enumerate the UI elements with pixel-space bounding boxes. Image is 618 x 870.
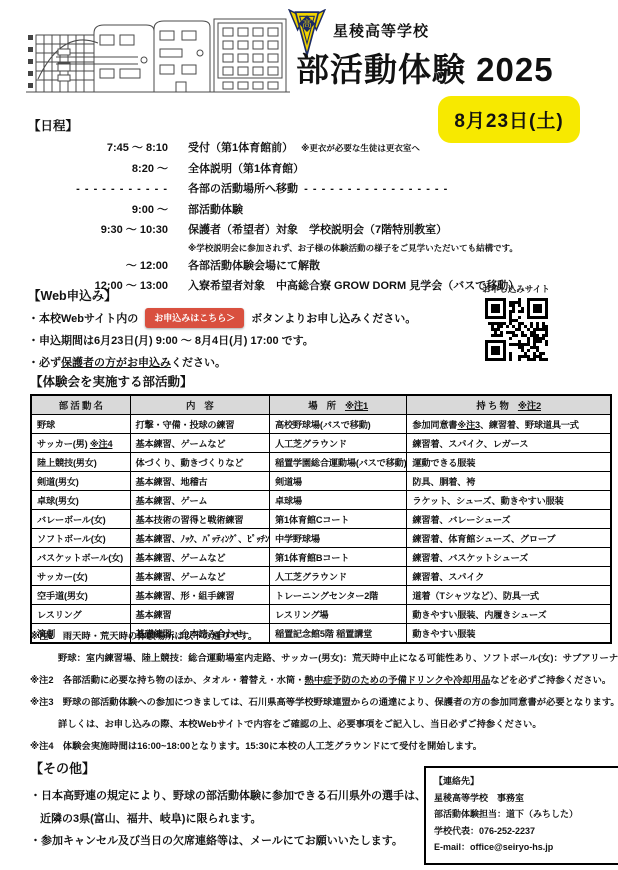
schedule-time: 9:00 ～	[28, 200, 168, 221]
other-line-3: ・参加キャンセル及び当日の欠席連絡等は、メールにてお願いいたします。	[30, 830, 430, 853]
schedule-text: 全体説明（第1体育館）	[188, 159, 304, 180]
underlined-text: 熱中症予防のための予備ドリンクや冷却用品	[305, 675, 491, 685]
club-table-section: 【体験会を実施する部活動】 部 活 動 名 内 容 場 所 ※注1 持 ち 物 …	[30, 372, 612, 644]
web-application-section: 【Web申込み】 ・本校Webサイト内のお申込みはこちら＞ボタンよりお申し込みく…	[28, 286, 488, 374]
header-items: 持 ち 物 ※注2	[407, 395, 611, 415]
notes-section: ※注1 雨天時・荒天時の体験場所は以下の通りです。 野球：室内練習場、陸上競技：…	[30, 630, 618, 762]
qr-label: お申し込みサイト	[470, 283, 562, 295]
schedule-inline-note: ※更衣が必要な生徒は更衣室へ	[301, 143, 420, 153]
schedule-row: 8:20 ～ 全体説明（第1体育館）	[28, 159, 596, 180]
other-heading: 【その他】	[30, 758, 430, 777]
contact-email: E-mail：office@seiryo-hs.jp	[434, 839, 616, 856]
contact-person: 部活動体験担当：道下（みちした）	[434, 806, 616, 823]
note-4: ※注4 体験会実施時間は16:00~18:00となります。15:30に本校の人工…	[30, 740, 618, 753]
header-content: 内 容	[130, 395, 269, 415]
schedule-subnote: ※学校説明会に参加されず、お子様の体験活動の様子をご見学いただいても結構です。	[188, 241, 596, 256]
flyer-page: 高 星稜高等学校 部活動体験 2025 8月23日(土) 【日程】 7:45 ～…	[0, 0, 618, 870]
note-1: ※注1 雨天時・荒天時の体験場所は以下の通りです。	[30, 630, 618, 643]
web-line-1: ・本校Webサイト内のお申込みはこちら＞ボタンよりお申し込みください。	[28, 308, 488, 330]
apply-here-button[interactable]: お申込みはこちら＞	[145, 308, 244, 328]
header-club-name: 部 活 動 名	[31, 395, 130, 415]
contact-box: 【連絡先】 星稜高等学校 事務室 部活動体験担当：道下（みちした） 学校代表：0…	[424, 766, 618, 865]
note-2: ※注2 各部活動に必要な持ち物のほか、タオル・着替え・水筒・熱中症予防のための予…	[30, 674, 618, 687]
table-row: サッカー(男) ※注4 基本練習、ゲームなど人工芝グラウンド練習着、スパイク、レ…	[31, 434, 611, 453]
schedule-heading: 【日程】	[28, 116, 596, 134]
schedule-text: 受付（第1体育館前）※更衣が必要な生徒は更衣室へ	[188, 138, 420, 159]
table-row: ソフトボール(女)基本練習、ﾉｯｸ、ﾊﾞｯﾃｨﾝｸﾞ、ﾋﾟｯﾁﾝｸﾞ中学野球場練…	[31, 529, 611, 548]
schedule-text: 部活動体験	[188, 200, 243, 221]
other-line-1: ・日本高野連の規定により、野球の部活動体験に参加できる石川県外の選手は、	[30, 785, 430, 808]
table-row: 陸上競技(男女)体づくり、動きづくりなど稲置学園総合運動場(バスで移動)運動でき…	[31, 453, 611, 472]
table-row: 野球打撃・守備・投球の練習高校野球場(バスで移動) 参加同意書※注3、練習着、野…	[31, 415, 611, 434]
schedule-row: ～ 12:00 各部活動体験会場にて解散	[28, 256, 596, 277]
table-row: バスケットボール(女)基本練習、ゲームなど第1体育館Bコート練習着、バスケットシ…	[31, 548, 611, 567]
club-activities-table: 部 活 動 名 内 容 場 所 ※注1 持 ち 物 ※注2 野球打撃・守備・投球…	[30, 394, 612, 644]
schedule-section: 【日程】 7:45 ～ 8:10 受付（第1体育館前）※更衣が必要な生徒は更衣室…	[28, 116, 596, 297]
schedule-row: 9:30 ～ 10:30 保護者（希望者）対象 学校説明会（7階特別教室）	[28, 220, 596, 241]
table-row: 剣道(男女)基本練習、地稽古剣道場防具、胴着、袴	[31, 472, 611, 491]
contact-school: 星稜高等学校 事務室	[434, 790, 616, 807]
table-row: 空手道(男女)基本練習、形・組手練習トレーニングセンター2階道着（Tシャツなど）…	[31, 586, 611, 605]
emblem-kanji: 高	[302, 18, 311, 29]
note-3: ※注3 野球の部活動体験への参加につきましては、石川県高等学校野球連盟からの通達…	[30, 696, 618, 709]
table-header-row: 部 活 動 名 内 容 場 所 ※注1 持 ち 物 ※注2	[31, 395, 611, 415]
schedule-time: ～ 12:00	[28, 256, 168, 277]
schedule-row-move: - - - - - - - - - - - 各部の活動場所へ移動 - - - -…	[28, 179, 596, 200]
dotted-line: - - - - - - - - - - -	[28, 179, 168, 200]
school-name: 星稜高等学校	[333, 20, 429, 41]
qr-block: お申し込みサイト	[470, 283, 562, 361]
schedule-time: 8:20 ～	[28, 159, 168, 180]
web-line-2: ・申込期間は6月23日(月) 9:00 ～ 8月4日(月) 17:00 です。	[28, 330, 488, 352]
table-row: レスリング基本練習レスリング場動きやすい服装、内履きシューズ	[31, 605, 611, 624]
web-line-3: ・必ず保護者の方がお申込みください。	[28, 352, 488, 374]
schedule-row: 9:00 ～ 部活動体験	[28, 200, 596, 221]
qr-code	[485, 298, 548, 361]
club-table-heading: 【体験会を実施する部活動】	[30, 372, 612, 390]
schedule-time: 9:30 ～ 10:30	[28, 220, 168, 241]
table-row: バレーボール(女)基本技術の習得と戦術練習第1体育館Cコート練習着、バレーシュー…	[31, 510, 611, 529]
web-heading: 【Web申込み】	[28, 286, 488, 304]
campus-buildings-illustration	[26, 5, 290, 95]
table-row: 卓球(男女)基本練習、ゲーム卓球場ラケット、シューズ、動きやすい服装	[31, 491, 611, 510]
contact-heading: 【連絡先】	[434, 773, 616, 790]
underlined-text: 保護者の方がお申込み	[61, 357, 171, 369]
dotted-line: - - - - - - - - - - - - - - - - -	[304, 183, 448, 195]
note-3b: 詳しくは、お申し込みの際、本校Webサイトで内容をご確認の上、必要事項をご記入し…	[58, 718, 618, 731]
other-line-2: 近隣の3県(富山、福井、岐阜)に限られます。	[40, 808, 430, 831]
other-section: 【その他】 ・日本高野連の規定により、野球の部活動体験に参加できる石川県外の選手…	[30, 758, 430, 853]
schedule-time: 7:45 ～ 8:10	[28, 138, 168, 159]
schedule-text: 各部の活動場所へ移動 - - - - - - - - - - - - - - -…	[188, 179, 448, 200]
schedule-text: 保護者（希望者）対象 学校説明会（7階特別教室）	[188, 220, 447, 241]
contact-phone: 学校代表：076-252-2237	[434, 823, 616, 840]
schedule-row: 7:45 ～ 8:10 受付（第1体育館前）※更衣が必要な生徒は更衣室へ	[28, 138, 596, 159]
table-row: サッカー(女)基本練習、ゲームなど人工芝グラウンド練習着、スパイク	[31, 567, 611, 586]
page-title: 部活動体験 2025	[296, 44, 554, 91]
header-place: 場 所 ※注1	[269, 395, 406, 415]
note-1b: 野球：室内練習場、陸上競技：総合運動場室内走路、サッカー(男女)：荒天時中止にな…	[58, 652, 618, 665]
schedule-text: 各部活動体験会場にて解散	[188, 256, 320, 277]
